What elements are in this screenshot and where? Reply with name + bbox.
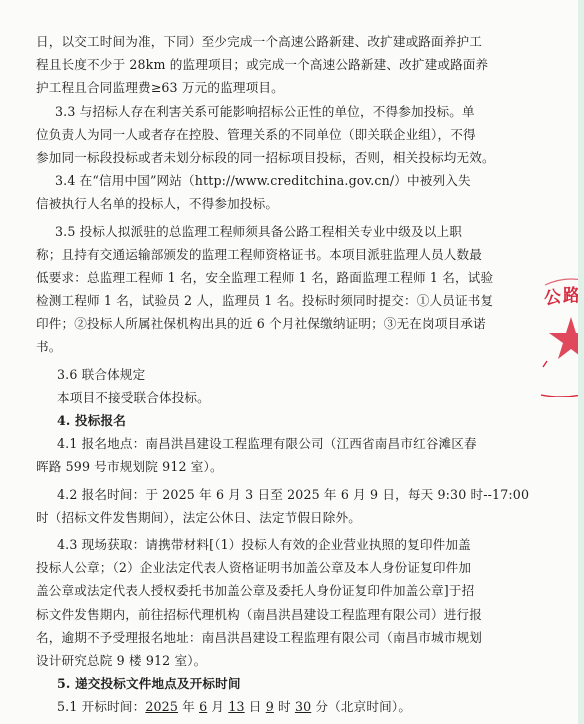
bid-opening-year: 2025 xyxy=(145,699,178,714)
text-line: 护工程且合同监理费≥63 万元的监理项目。 xyxy=(36,76,436,99)
text-line: 时（招标文件发售期间），法定公休日、法定节假日除外。 xyxy=(36,506,436,529)
company-seal-stamp: 公 路 xyxy=(541,277,578,397)
paragraph-4-1: 4.1 报名地点：南昌洪昌建设工程监理有限公司（江西省南昌市红谷滩区春 晖路 5… xyxy=(36,432,436,478)
unit-text: 时 xyxy=(274,699,295,714)
text-line: 4.2 报名时间：于 2025 年 6 月 3 日至 2025 年 6 月 9 … xyxy=(36,483,436,506)
paragraph-3-2-continued: 日，以交工时间为准，下同）至少完成一个高速公路新建、改扩建或路面养护工 程且长度… xyxy=(36,30,436,100)
paragraph-3-3: 3.3 与招标人存在利害关系可能影响招标公正性的单位，不得参加投标。单 位负责人… xyxy=(36,100,436,170)
paragraph-3-5: 3.5 投标人拟派驻的总监理工程师须具备公路工程相关专业中级及以上职 称；且持有… xyxy=(36,220,436,359)
unit-text: 年 xyxy=(178,699,199,714)
text-line: 参加同一标段投标或者未划分标段的同一招标项目投标，否则，相关投标均无效。 xyxy=(36,146,436,169)
text-line: 4.1 报名地点：南昌洪昌建设工程监理有限公司（江西省南昌市红谷滩区春 xyxy=(36,432,436,455)
bid-opening-day: 13 xyxy=(228,699,244,714)
text-line: 名，逾期不予受理报名地址：南昌洪昌建设工程监理有限公司（南昌市城市规划 xyxy=(36,626,436,649)
text-line: 低要求：总监理工程师 1 名，安全监理工程师 1 名，路面监理工程师 1 名，试… xyxy=(36,266,436,289)
heading-3-6: 3.6 联合体规定 xyxy=(36,363,436,386)
text-line: 印件；②投标人所属社保机构出具的近 6 个月社保缴纳证明；③无在岗项目承诺 xyxy=(36,312,436,335)
svg-text:公: 公 xyxy=(543,287,563,310)
heading-section-4: 4. 投标报名 xyxy=(36,409,436,432)
text-line: 称；且持有交通运输部颁发的监理工程师资格证书。本项目派驻监理人员人数最 xyxy=(36,243,436,266)
text-line: 3.3 与招标人存在利害关系可能影响招标公正性的单位，不得参加投标。单 xyxy=(36,100,436,123)
paragraph-3-4: 3.4 在“信用中国”网站（http://www.creditchina.gov… xyxy=(36,169,436,215)
text-line: 盖公章或法定代表人授权委托书加盖公章及委托人身份证复印件加盖公章]于招 xyxy=(36,579,436,602)
unit-text: 日 xyxy=(245,699,266,714)
text-line: 晖路 599 号市规划院 912 室）。 xyxy=(36,455,436,478)
paragraph-3-6-body: 本项目不接受联合体投标。 xyxy=(36,386,436,409)
unit-text: 月 xyxy=(207,699,228,714)
text-line: 3.4 在“信用中国”网站（http://www.creditchina.gov… xyxy=(36,169,436,192)
document-page: 日，以交工时间为准，下同）至少完成一个高速公路新建、改扩建或路面养护工 程且长度… xyxy=(0,0,578,724)
text-line: 书。 xyxy=(36,335,436,358)
text-line: 设计研究总院 9 楼 912 室）。 xyxy=(36,649,436,672)
seal-star-icon: 公 路 xyxy=(541,277,578,397)
text-line: 日，以交工时间为准，下同）至少完成一个高速公路新建、改扩建或路面养护工 xyxy=(36,30,436,53)
svg-text:路: 路 xyxy=(563,285,578,306)
text-line: 投标人公章；（2）企业法定代表人资格证明书加盖公章及本人身份证复印件加 xyxy=(36,556,436,579)
text-line: 标文件发售期内，前往招标代理机构（南昌洪昌建设工程监理有限公司）进行报 xyxy=(36,603,436,626)
bid-opening-hour: 9 xyxy=(266,699,274,714)
paragraph-4-3: 4.3 现场获取：请携带材料[（1）投标人有效的企业营业执照的复印件加盖 投标人… xyxy=(36,533,436,672)
text-line: 信被执行人名单的投标人，不得参加投标。 xyxy=(36,192,436,215)
paragraph-4-2: 4.2 报名时间：于 2025 年 6 月 3 日至 2025 年 6 月 9 … xyxy=(36,483,436,529)
viewer-right-border xyxy=(578,0,584,724)
text-line: 检测工程师 1 名，试验员 2 人，监理员 1 名。投标时须同时提交：①人员证书… xyxy=(36,289,436,312)
bid-opening-minute: 30 xyxy=(295,699,311,714)
text-line: 4.3 现场获取：请携带材料[（1）投标人有效的企业营业执照的复印件加盖 xyxy=(36,533,436,556)
text-line: 3.5 投标人拟派驻的总监理工程师须具备公路工程相关专业中级及以上职 xyxy=(36,220,436,243)
document-body: 日，以交工时间为准，下同）至少完成一个高速公路新建、改扩建或路面养护工 程且长度… xyxy=(36,30,436,718)
paragraph-5-1: 5.1 开标时间：2025 年 6 月 13 日 9 时 30 分（北京时间）。 xyxy=(36,695,436,718)
text-line: 位负责人为同一人或者存在控股、管理关系的不同单位（即关联企业组），不得 xyxy=(36,123,436,146)
unit-text: 分（北京时间）。 xyxy=(311,699,411,714)
text-line: 程且长度不少于 28km 的监理项目；或完成一个高速公路新建、改扩建或路面养 xyxy=(36,53,436,76)
label-bid-opening-time: 5.1 开标时间： xyxy=(57,699,145,714)
heading-section-5: 5. 递交投标文件地点及开标时间 xyxy=(36,672,436,695)
